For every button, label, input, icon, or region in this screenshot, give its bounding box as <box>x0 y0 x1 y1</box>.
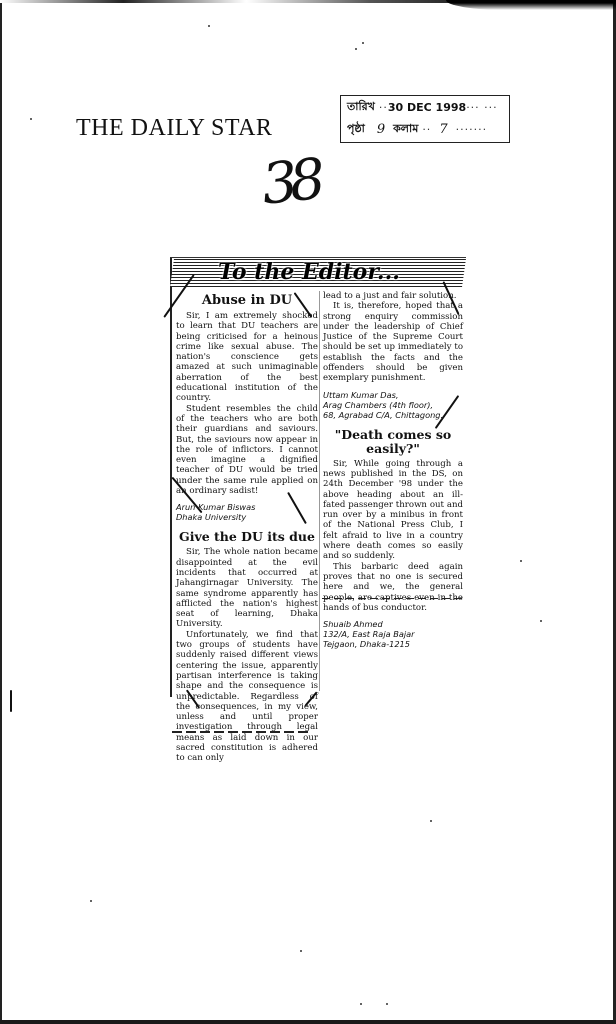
stamp-column-label: কলাম <box>393 120 418 139</box>
column-right: lead to a just and fair solution. It is,… <box>323 291 463 649</box>
page-edge-bottom <box>0 1020 616 1024</box>
letter-paragraph: Sir, While going through a news publishe… <box>323 459 463 562</box>
column-divider <box>319 291 320 691</box>
letter-paragraph: Sir, I am extremely shocked to learn tha… <box>176 311 318 404</box>
letter-headline: Give the DU its due <box>176 530 318 544</box>
stamp-column-value: 7 <box>439 122 447 137</box>
letter-paragraph: Unfortunately, we find that two groups o… <box>176 630 318 764</box>
page-edge-left <box>0 0 2 1024</box>
letter-headline: "Death comes so easily?" <box>323 428 463 456</box>
section-title: To the Editor... <box>218 259 400 285</box>
letter-paragraph-continued: lead to a just and fair solution. <box>323 291 463 301</box>
newspaper-masthead: THE DAILY STAR <box>76 115 272 142</box>
archive-stamp: তারিখ ·· 30 DEC 1998 ··· ··· পৃষ্ঠা 9 কল… <box>340 95 510 143</box>
clipping-cut-line <box>322 598 462 599</box>
stamp-page-value: 9 <box>377 122 385 137</box>
stamp-date-value: 30 DEC 1998 <box>388 101 466 114</box>
letter-paragraph: This barbaric deed again proves that no … <box>323 562 463 613</box>
letter-paragraph: Sir, The whole nation became disappointe… <box>176 547 318 629</box>
clipping-cut-line <box>172 731 312 733</box>
stamp-date-row: তারিখ ·· 30 DEC 1998 ··· ··· <box>341 96 509 118</box>
handwritten-file-number: 38 <box>259 147 321 217</box>
stamp-page-label: পৃষ্ঠা <box>347 120 365 139</box>
column-left: Abuse in DU Sir, I am extremely shocked … <box>176 291 318 764</box>
scan-shadow-corner <box>446 0 616 10</box>
newspaper-clipping: To the Editor... Abuse in DU Sir, I am e… <box>170 257 466 697</box>
letter-paragraph: It is, therefore, hoped that a strong en… <box>323 301 463 383</box>
stamp-date-label: তারিখ <box>347 98 375 117</box>
scan-artifact-mark <box>10 690 12 712</box>
stamp-page-row: পৃষ্ঠা 9 কলাম ·· 7 ······· <box>341 118 509 140</box>
letter-paragraph: Student resembles the child of the teach… <box>176 404 318 497</box>
letter-signature: Shuaib Ahmed 132/A, East Raja Bajar Tejg… <box>323 619 463 649</box>
